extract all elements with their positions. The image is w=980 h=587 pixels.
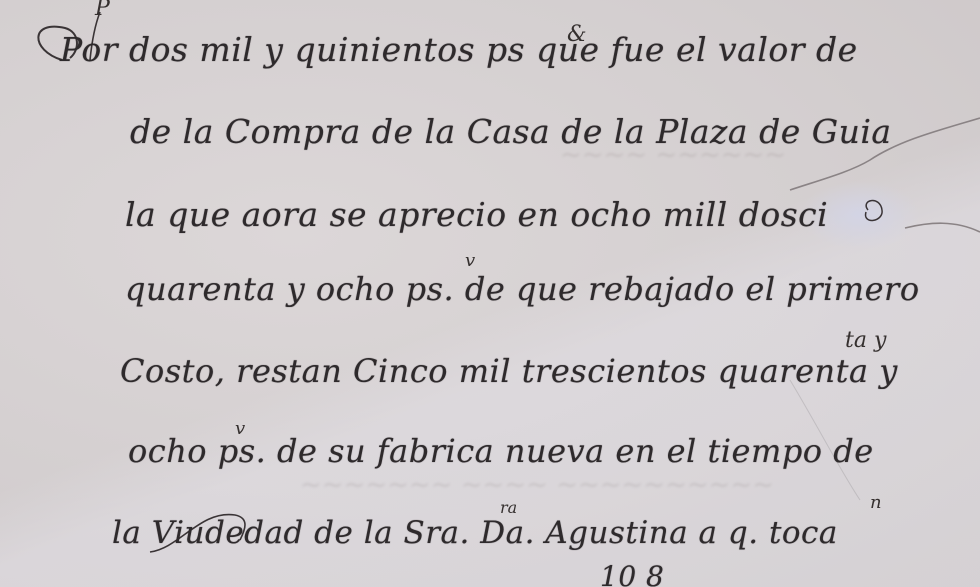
- manuscript-line-6: ocho ps. de su fabrica nueva en el tiemp…: [128, 432, 874, 470]
- interlinear-mark: v: [465, 250, 475, 271]
- interlinear-mark: P: [95, 0, 110, 21]
- manuscript-line-5: Costo, restan Cinco mil trescientos quar…: [120, 352, 898, 390]
- manuscript-line-3: la que aora se aprecio en ocho mill dosc…: [125, 195, 828, 234]
- interlinear-mark: ta y: [845, 328, 886, 353]
- manuscript-partial-line: 10 8: [600, 560, 664, 587]
- interlinear-mark: n: [870, 492, 882, 513]
- manuscript-line-7: la Viudedad de la Sra. Da. Agustina a q.…: [112, 515, 838, 551]
- manuscript-line-4: quarenta y ocho ps. de que rebajado el p…: [125, 270, 920, 308]
- manuscript-page: ~~~~ ~~~~~~ ~~~~~~~ ~~~~ ~~~~~~~~~~ P & …: [0, 0, 980, 587]
- manuscript-line-2: de la Compra de la Casa de la Plaza de G…: [130, 112, 892, 151]
- manuscript-line-1: Por dos mil y quinientos ps que fue el v…: [60, 30, 858, 69]
